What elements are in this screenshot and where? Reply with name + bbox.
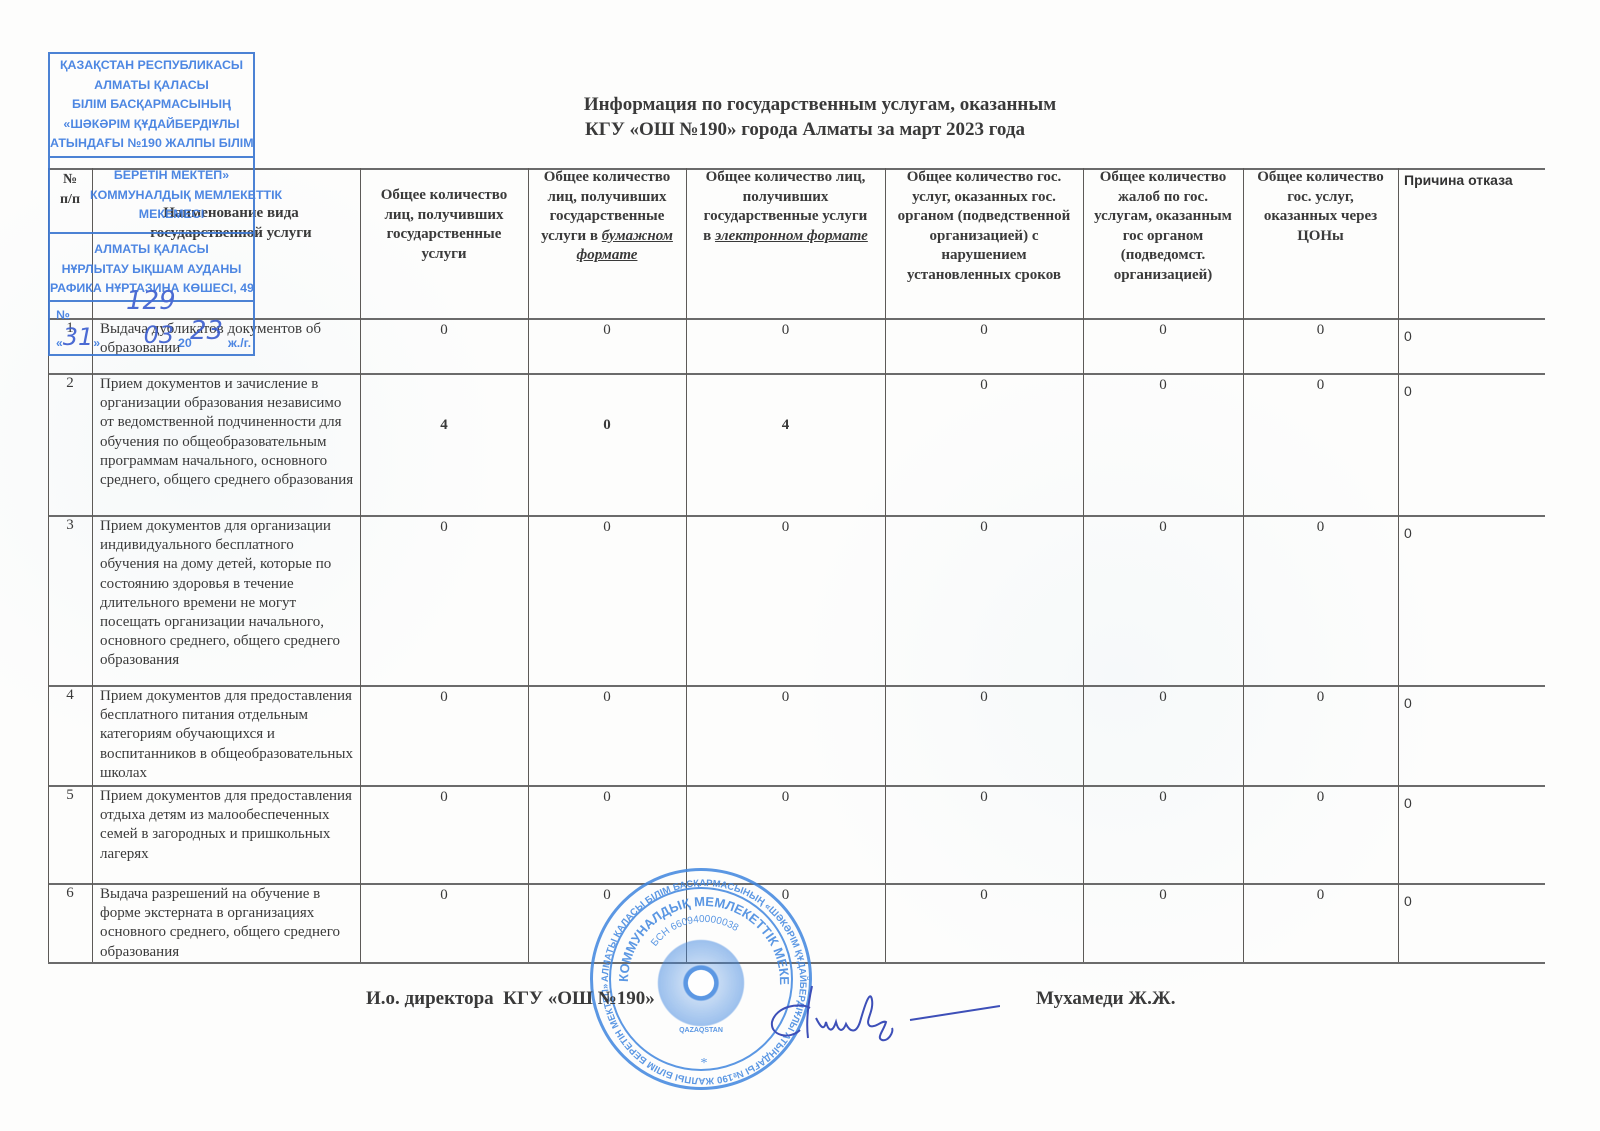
header-con: Общее количество гос. услуг, оказанных ч…	[1243, 168, 1398, 246]
cell-paper-format: 0	[528, 789, 686, 806]
cell-complaints: 0	[1083, 519, 1243, 536]
stamp-line: НҰРЛЫТАУ ЫҚШАМ АУДАНЫ	[50, 260, 253, 280]
header-paper-format: Общее количество лиц, получивших государ…	[528, 168, 686, 266]
stamp-line: АЛМАТЫ ҚАЛАСЫ	[50, 76, 253, 96]
table-column-divider	[1243, 168, 1244, 962]
cell-paper-format: 0	[528, 519, 686, 536]
stamp-line: КОММУНАЛДЫҚ МЕМЛЕКЕТТІК	[90, 186, 253, 206]
table-row-divider	[48, 373, 1545, 375]
table-row-divider	[48, 785, 1545, 787]
cell-con: 0	[1243, 887, 1398, 904]
cell-complaints: 0	[1083, 789, 1243, 806]
document-title: Информация по государственным услугам, о…	[470, 92, 1170, 142]
header-electronic-format: Общее количество лиц, получивших государ…	[686, 168, 885, 246]
service-name: Прием документов для организации индивид…	[92, 517, 360, 687]
title-line-1: Информация по государственным услугам, о…	[470, 92, 1170, 117]
header-refusal: Причина отказа	[1398, 172, 1545, 188]
cell-refusal: 0	[1398, 383, 1545, 399]
cell-con: 0	[1243, 377, 1398, 394]
cell-total-persons: 0	[360, 519, 528, 536]
stamp-line: БІЛІМ БАСҚАРМАСЫНЫҢ	[50, 95, 253, 115]
table-row-divider	[48, 318, 1545, 320]
stamp-line: МЕКЕМЕСІ	[90, 205, 253, 225]
stamp-line: АЛМАТЫ ҚАЛАСЫ	[50, 240, 253, 260]
cell-paper-format: 0	[528, 322, 686, 339]
table-row-divider	[48, 685, 1545, 687]
cell-paper-format: 0	[528, 689, 686, 706]
cell-con: 0	[1243, 519, 1398, 536]
stamp-reg-number: 129	[126, 292, 176, 312]
table-column-divider	[1083, 168, 1084, 962]
cell-complaints: 0	[1083, 887, 1243, 904]
cell-con: 0	[1243, 789, 1398, 806]
table-column-divider	[360, 168, 361, 962]
cell-con: 0	[1243, 322, 1398, 339]
signatory-position: И.о. директора КГУ «ОШ №190»	[366, 988, 655, 1010]
service-name: Прием документов и зачисление в организа…	[92, 375, 360, 517]
cell-violations: 0	[885, 519, 1083, 536]
signatory-name: Мухамеди Ж.Ж.	[1036, 988, 1175, 1010]
registration-stamp: ҚАЗАҚСТАН РЕСПУБЛИКАСЫАЛМАТЫ ҚАЛАСЫБІЛІМ…	[48, 52, 255, 356]
table-column-divider	[1398, 168, 1399, 962]
cell-paper-format: 0	[528, 417, 686, 434]
table-column-divider	[528, 168, 529, 962]
kazakhstan-emblem-icon	[651, 933, 751, 1033]
cell-complaints: 0	[1083, 322, 1243, 339]
service-name: Выдача разрешений на обучение в форме эк…	[92, 885, 360, 964]
stamp-date-suffix: ж./г.	[228, 334, 251, 354]
row-number: 2	[48, 375, 92, 392]
service-name: Прием документов для предоставления бесп…	[92, 687, 360, 787]
cell-refusal: 0	[1398, 328, 1545, 344]
cell-refusal: 0	[1398, 795, 1545, 811]
table-row-divider	[48, 168, 1545, 170]
cell-total-persons: 0	[360, 887, 528, 904]
cell-violations: 0	[885, 689, 1083, 706]
cell-electronic-format: 4	[686, 417, 885, 434]
cell-refusal: 0	[1398, 695, 1545, 711]
header-violations: Общее количество гос. услуг, оказанных г…	[885, 168, 1083, 285]
table-column-divider	[686, 168, 687, 962]
signature-icon	[760, 978, 1000, 1053]
cell-con: 0	[1243, 689, 1398, 706]
stamp-date: «31» 03 20 23 ж./г.	[56, 330, 253, 354]
header-complaints: Общее количество жалоб по гос. услугам, …	[1083, 168, 1243, 285]
table-column-divider	[885, 168, 886, 962]
cell-complaints: 0	[1083, 377, 1243, 394]
header-total-persons: Общее количество лиц, получивших государ…	[360, 186, 528, 264]
row-number: 5	[48, 787, 92, 804]
cell-violations: 0	[885, 789, 1083, 806]
cell-total-persons: 0	[360, 789, 528, 806]
cell-electronic-format: 0	[686, 519, 885, 536]
stamp-date-month: 03	[144, 321, 175, 349]
stamp-line: АТЫНДАҒЫ №190 ЖАЛПЫ БІЛІМ	[50, 134, 253, 154]
cell-complaints: 0	[1083, 689, 1243, 706]
stamp-org-type-lines: БЕРЕТІН МЕКТЕП»КОММУНАЛДЫҚ МЕМЛЕКЕТТІКМЕ…	[50, 166, 253, 225]
stamp-org-lines: ҚАЗАҚСТАН РЕСПУБЛИКАСЫАЛМАТЫ ҚАЛАСЫБІЛІМ…	[50, 56, 253, 154]
cell-violations: 0	[885, 322, 1083, 339]
svg-text:*: *	[701, 1056, 708, 1071]
title-line-2: КГУ «ОШ №190» города Алматы за март 2023…	[440, 117, 1170, 142]
row-number: 3	[48, 517, 92, 534]
stamp-line: БЕРЕТІН МЕКТЕП»	[90, 166, 253, 186]
cell-violations: 0	[885, 377, 1083, 394]
row-number: 4	[48, 687, 92, 704]
row-number: 6	[48, 885, 92, 902]
cell-electronic-format: 0	[686, 789, 885, 806]
cell-refusal: 0	[1398, 525, 1545, 541]
stamp-line: «ШӘКӘРІМ ҚҰДАЙБЕРДІҰЛЫ	[50, 115, 253, 135]
stamp-line: ҚАЗАҚСТАН РЕСПУБЛИКАСЫ	[50, 56, 253, 76]
table-row-divider	[48, 515, 1545, 517]
stamp-divider	[50, 156, 253, 158]
cell-electronic-format: 0	[686, 322, 885, 339]
cell-violations: 0	[885, 887, 1083, 904]
stamp-date-day: 31	[63, 323, 94, 351]
stamp-divider	[50, 232, 253, 234]
cell-refusal: 0	[1398, 893, 1545, 909]
electronic-format-emphasis: электронном формате	[715, 228, 868, 244]
service-name: Прием документов для предоставления отды…	[92, 787, 360, 885]
cell-total-persons: 0	[360, 322, 528, 339]
stamp-reg-label: №	[56, 308, 70, 322]
stamp-date-year: 23	[190, 322, 223, 342]
cell-total-persons: 4	[360, 417, 528, 434]
cell-total-persons: 0	[360, 689, 528, 706]
cell-electronic-format: 0	[686, 689, 885, 706]
